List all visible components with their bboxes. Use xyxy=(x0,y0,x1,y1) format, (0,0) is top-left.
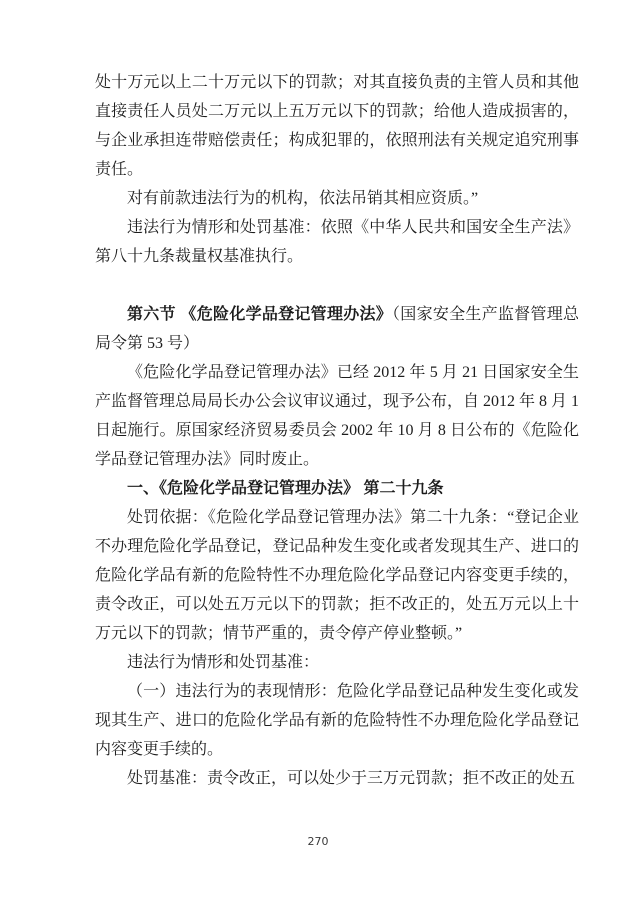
article-heading: 一、《危险化学品登记管理办法》 第二十九条 xyxy=(95,474,579,503)
document-text-block: 处十万元以上二十万元以下的罚款；对其直接负责的主管人员和其他直接责任人员处二万元… xyxy=(95,68,579,793)
paragraph-penalty-standard: 处罚基准：责令改正，可以处少于三万元罚款；拒不改正的处五 xyxy=(95,764,579,793)
paragraph-penalty-continued: 处十万元以上二十万元以下的罚款；对其直接负责的主管人员和其他直接责任人员处二万元… xyxy=(95,68,579,184)
paragraph-promulgation: 《危险化学品登记管理办法》已经 2012 年 5 月 21 日国家安全生产监督管… xyxy=(95,358,579,474)
page-number: 270 xyxy=(0,834,636,850)
section-heading-title: 第六节 《危险化学品登记管理办法》 xyxy=(127,306,392,323)
paragraph-penalty-basis: 处罚依据：《危险化学品登记管理办法》第二十九条：“登记企业不办理危险化学品登记，… xyxy=(95,503,579,648)
section-heading: 第六节 《危险化学品登记管理办法》（国家安全生产监督管理总局令第 53 号） xyxy=(95,300,579,358)
paragraph-violation-basis: 违法行为情形和处罚基准：依照《中华人民共和国安全生产法》第八十九条裁量权基准执行… xyxy=(95,213,579,271)
paragraph-violation-label: 违法行为情形和处罚基准： xyxy=(95,648,579,677)
paragraph-revoke-qualification: 对有前款违法行为的机构，依法吊销其相应资质。” xyxy=(95,184,579,213)
paragraph-violation-item: （一）违法行为的表现情形：危险化学品登记品种发生变化或发现其生产、进口的危险化学… xyxy=(95,677,579,764)
